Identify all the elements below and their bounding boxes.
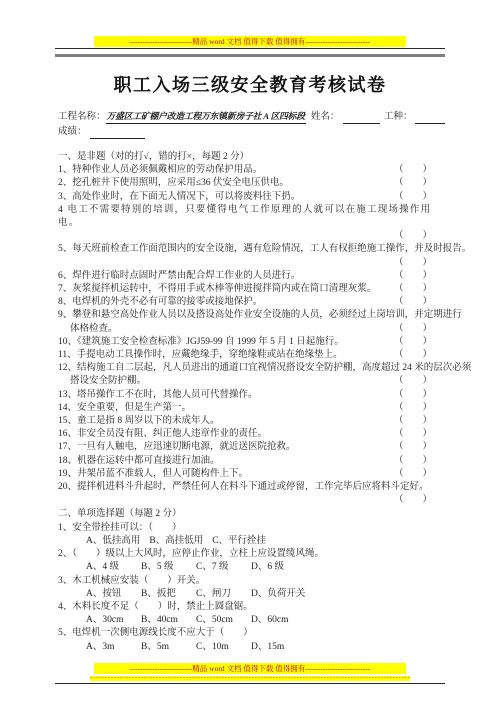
answer-bracket: （ ）: [394, 336, 432, 349]
mc-option: C、平行拴挂: [212, 535, 266, 548]
question-text-spacer: [58, 494, 388, 507]
mc-options: A、30cmB、40cmC、50cmD、60cm: [58, 614, 445, 627]
tf-question-row: 17、一旦有人触电，应迅速切断电源，就近送医院抢救。（ ）: [58, 441, 445, 454]
question-text: 体格检查。: [58, 323, 388, 336]
bottom-promo-banner: -------------------------精品 word 文档 值得下载…: [94, 663, 406, 674]
mc-option: C、7 级: [196, 561, 242, 574]
page-title: 职工入场三级安全教育考核试卷: [0, 71, 500, 97]
tf-question-row: 11、手提电动工具操作时，应戴绝缘手，穿绝缘鞋或站在绝缘垫上。（ ）: [58, 349, 445, 362]
question-text: 2、挖孔桩井下使用照明，应采用≤36 伏安全电压供电。: [58, 177, 388, 190]
question-text: 13、塔吊操作工不在时，其他人员可代替操作。: [58, 389, 388, 402]
footer-dash-text: ----------------------------------------…: [90, 676, 410, 681]
mc-options: A、4 级B、5 级C、7 级D、6 级: [58, 561, 445, 574]
question-text: 8、电焊机的外壳不必有可靠的接零或接地保护。: [58, 296, 388, 309]
tf-question-row: 3、高处作业时，在下面无人情况下，可以将废料往下扔。（ ）: [58, 191, 445, 204]
answer-bracket: （ ）: [394, 494, 432, 507]
mc-option: A、30cm: [86, 614, 132, 627]
question-text: 16、非安全员没有阻、纠正他人违章作业的责任。: [58, 428, 388, 441]
question-text: 5、每天班前检查工作面范围内的安全设施，遇有危险情况，工人有权拒绝施工操作，并及…: [58, 243, 471, 256]
answer-bracket: （ ）: [394, 455, 432, 468]
footer-rule: [55, 683, 445, 684]
question-text: 3、高处作业时，在下面无人情况下，可以将废料往下扔。: [58, 191, 388, 204]
top-promo-banner: -------------------------精品 word 文档 值得下载…: [94, 36, 406, 47]
mc-option: A、按钮: [86, 588, 132, 601]
answer-bracket: （ ）: [394, 402, 432, 415]
tf-question-row: 19、井架吊蓝不准载人，但人可随构件上下。（ ）: [58, 468, 445, 481]
exam-header-line2: 成绩：: [58, 125, 445, 139]
mc-option: D、60cm: [251, 614, 297, 627]
section2-heading: 二、单项选择题（每题 2 分）: [58, 508, 445, 521]
section1-heading: 一、是非题（对的打√，错的打×，每题 2 分）: [58, 151, 445, 164]
tf-question-row: 18、机器在运转中都可直接进行加油。（ ）: [58, 455, 445, 468]
tf-question-list: 1、特种作业人员必须佩戴相应的劳动保护用品。（ ）2、挖孔桩井下使用照明，应采用…: [58, 164, 445, 507]
answer-bracket: （ ）: [394, 389, 432, 402]
exam-content: 工程名称：万盛区工矿棚户改造工程万东镇新房子社 A 区四标段姓名：工种： 成绩：…: [58, 109, 445, 654]
mc-option: C、10m: [196, 641, 242, 654]
tf-question-row: 4 电工不需要特别的培训，只要懂得电气工作原理的人就可以在施工现场操作用电。: [58, 204, 445, 230]
question-text-spacer: [58, 230, 388, 243]
mc-option: B、40cm: [141, 614, 187, 627]
project-name-value: 万盛区工矿棚户改造工程万东镇新房子社 A 区四标段: [106, 109, 306, 124]
mc-question-text: 3、木工机械应安装（ ）开关。: [58, 575, 445, 588]
mc-option: D、6 级: [251, 561, 297, 574]
question-text: 4 电工不需要特别的培训，只要懂得电气工作原理的人就可以在施工现场操作用电。: [58, 204, 445, 230]
tf-bracket-row: （ ）: [58, 257, 445, 270]
tf-question-row: 12、结构施工自二层起，凡人员进出的通道口宜视情况搭设安全防护棚，高度超过 24…: [58, 362, 445, 375]
trade-label: 工种：: [384, 110, 413, 124]
answer-bracket: （ ）: [394, 270, 432, 283]
question-text: 10、《建筑施工安全检查标准》JGJ59-99 自 1999 年 5 月 1 日…: [58, 336, 388, 349]
question-text: 15、童工是指 8 周岁以下的未成年人。: [58, 415, 388, 428]
mc-option: B、5 级: [141, 561, 187, 574]
answer-bracket: （ ）: [394, 323, 432, 336]
mc-option: D、负荷开关: [251, 588, 305, 601]
question-text: 12、结构施工自二层起，凡人员进出的通道口宜视情况搭设安全防护棚，高度超过 24…: [58, 362, 471, 375]
question-text: 搭设安全防护棚。: [58, 375, 388, 388]
question-text: 19、井架吊蓝不准载人，但人可随构件上下。: [58, 468, 388, 481]
question-text: 9、攀登和悬空高处作业人员以及搭设高处作业安全设施的人员，必须经过上岗培训，并定…: [58, 309, 462, 322]
mc-option: B、5m: [141, 641, 187, 654]
mc-options: A、低挂高用B、高挂低用C、平行拴挂: [58, 535, 445, 548]
top-promo-banner-text: -------------------------精品 word 文档 值得下载…: [130, 37, 370, 46]
document-page: -------------------------精品 word 文档 值得下载…: [0, 0, 500, 707]
tf-question-row: 10、《建筑施工安全检查标准》JGJ59-99 自 1999 年 5 月 1 日…: [58, 336, 445, 349]
score-label: 成绩：: [58, 125, 87, 139]
project-name-label: 工程名称：: [58, 110, 106, 124]
mc-option: C、闸刀: [196, 588, 242, 601]
answer-bracket: （ ）: [394, 191, 432, 204]
tf-bracket-row: （ ）: [58, 494, 445, 507]
mc-option: B、扳把: [141, 588, 187, 601]
header-rule-thick: [55, 54, 445, 57]
name-blank: [343, 113, 380, 124]
mc-options: A、按钮B、扳把C、闸刀D、负荷开关: [58, 588, 445, 601]
mc-option: D、15m: [251, 641, 297, 654]
answer-bracket: （ ）: [394, 283, 432, 296]
tf-question-row: 6、焊件进行临时点固时严禁由配合焊工作业的人员进行。（ ）: [58, 270, 445, 283]
tf-question-row: 体格检查。（ ）: [58, 323, 445, 336]
mc-options: A、3mB、5mC、10mD、15m: [58, 641, 445, 654]
mc-option: A、3m: [86, 641, 132, 654]
tf-question-row: 14、安全重要，但是生产第一。（ ）: [58, 402, 445, 415]
exam-header-line1: 工程名称：万盛区工矿棚户改造工程万东镇新房子社 A 区四标段姓名：工种：: [58, 109, 445, 124]
answer-bracket: （ ）: [394, 257, 432, 270]
name-label: 姓名：: [311, 110, 340, 124]
footer-dash-strip: ----------------------------------------…: [90, 676, 410, 681]
answer-bracket: （ ）: [394, 349, 432, 362]
tf-question-row: 13、塔吊操作工不在时，其他人员可代替操作。（ ）: [58, 389, 445, 402]
tf-question-row: 1、特种作业人员必须佩戴相应的劳动保护用品。（ ）: [58, 164, 445, 177]
tf-question-row: 8、电焊机的外壳不必有可靠的接零或接地保护。（ ）: [58, 296, 445, 309]
tf-question-row: 7、灰浆搅拌机运转中，不得用手或木棒等伸进搅拌筒内或在筒口清理灰浆。（ ）: [58, 283, 445, 296]
answer-bracket: （ ）: [394, 441, 432, 454]
question-text: 11、手提电动工具操作时，应戴绝缘手，穿绝缘鞋或站在绝缘垫上。: [58, 349, 388, 362]
mc-question-text: 5、电焊机一次侧电源线长度不应大于（ ）: [58, 627, 445, 640]
question-text: 17、一旦有人触电，应迅速切断电源，就近送医院抢救。: [58, 441, 388, 454]
answer-bracket: （ ）: [394, 415, 432, 428]
mc-option: A、4 级: [86, 561, 132, 574]
tf-question-row: 5、每天班前检查工作面范围内的安全设施，遇有危险情况，工人有权拒绝施工操作，并及…: [58, 243, 445, 256]
question-text-spacer: [58, 257, 388, 270]
answer-bracket: （ ）: [394, 296, 432, 309]
mc-question-text: 1、安全带拴挂可以：（ ）: [58, 522, 445, 535]
question-text: 6、焊件进行临时点固时严禁由配合焊工作业的人员进行。: [58, 270, 388, 283]
answer-bracket: （ ）: [394, 164, 432, 177]
question-text: 7、灰浆搅拌机运转中，不得用手或木棒等伸进搅拌筒内或在筒口清理灰浆。: [58, 283, 388, 296]
answer-bracket: （ ）: [394, 428, 432, 441]
mc-question-text: 4、木料长度不足（ ）时，禁止上圆盘锯。: [58, 601, 445, 614]
trade-blank: [415, 113, 445, 124]
tf-question-row: 2、挖孔桩井下使用照明，应采用≤36 伏安全电压供电。（ ）: [58, 177, 445, 190]
tf-question-row: 9、攀登和悬空高处作业人员以及搭设高处作业安全设施的人员，必须经过上岗培训，并定…: [58, 309, 445, 322]
tf-question-row: 搭设安全防护棚。（ ）: [58, 375, 445, 388]
header-rule-thin: [55, 48, 445, 49]
answer-bracket: （ ）: [394, 177, 432, 190]
answer-bracket: （ ）: [394, 230, 432, 243]
score-blank: [90, 128, 145, 139]
mc-option: B、高挂低用: [149, 535, 203, 548]
mc-question-list: 1、安全带拴挂可以：（ ）A、低挂高用B、高挂低用C、平行拴挂2、（ ）级以上大…: [58, 522, 445, 654]
mc-option: A、低挂高用: [86, 535, 140, 548]
answer-bracket: （ ）: [394, 375, 432, 388]
answer-bracket: （ ）: [394, 468, 432, 481]
tf-question-row: 20、提拌机进料斗升起时，严禁任何人在料斗下通过或停留，工作完毕后应将料斗定好。: [58, 481, 445, 494]
bottom-promo-banner-text: -------------------------精品 word 文档 值得下载…: [130, 664, 370, 673]
question-text: 14、安全重要，但是生产第一。: [58, 402, 388, 415]
question-text: 18、机器在运转中都可直接进行加油。: [58, 455, 388, 468]
tf-bracket-row: （ ）: [58, 230, 445, 243]
mc-option: C、50cm: [196, 614, 242, 627]
tf-question-row: 16、非安全员没有阻、纠正他人违章作业的责任。（ ）: [58, 428, 445, 441]
question-text: 20、提拌机进料斗升起时，严禁任何人在料斗下通过或停留，工作完毕后应将料斗定好。: [58, 481, 445, 494]
tf-question-row: 15、童工是指 8 周岁以下的未成年人。（ ）: [58, 415, 445, 428]
question-text: 1、特种作业人员必须佩戴相应的劳动保护用品。: [58, 164, 388, 177]
mc-question-text: 2、（ ）级以上大风时，应停止作业，立柱上应设置缆风绳。: [58, 548, 445, 561]
